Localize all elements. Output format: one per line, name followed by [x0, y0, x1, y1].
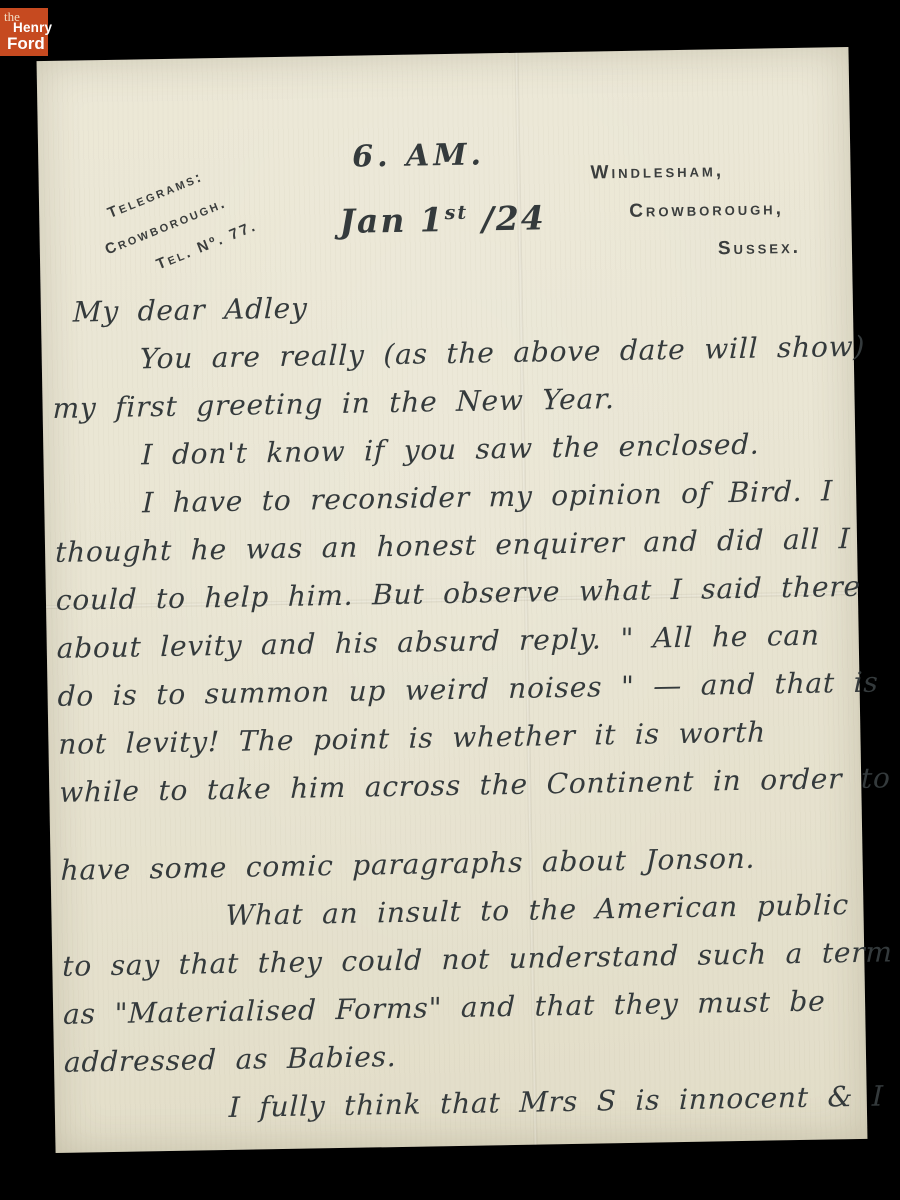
date-main: Jan 1: [339, 200, 445, 241]
henry-ford-logo: the Henry Ford: [0, 8, 48, 56]
telegrams-letterhead: Telegrams: Crowborough. Tel. Nº. 77.: [87, 115, 347, 297]
photo-background: { "branding": { "the": "the", "henry": "…: [0, 0, 900, 1200]
letter-body: My dear Adley You are really (as the abo…: [45, 275, 866, 1135]
address-line: Crowborough,: [629, 188, 848, 231]
address-letterhead: Windlesham, Crowborough, Sussex.: [590, 149, 848, 270]
address-line: Windlesham,: [590, 149, 847, 192]
date-year: /24: [468, 198, 546, 238]
letter-sheet: Telegrams: Crowborough. Tel. Nº. 77. Win…: [37, 47, 868, 1153]
handwritten-date: Jan 1st /24: [339, 198, 546, 241]
logo-ford-text: Ford: [7, 34, 45, 54]
date-ordinal: st: [445, 202, 469, 224]
handwritten-time: 6. AM.: [352, 137, 485, 174]
address-line: Sussex.: [718, 227, 849, 268]
logo-henry-text: Henry: [13, 20, 52, 35]
